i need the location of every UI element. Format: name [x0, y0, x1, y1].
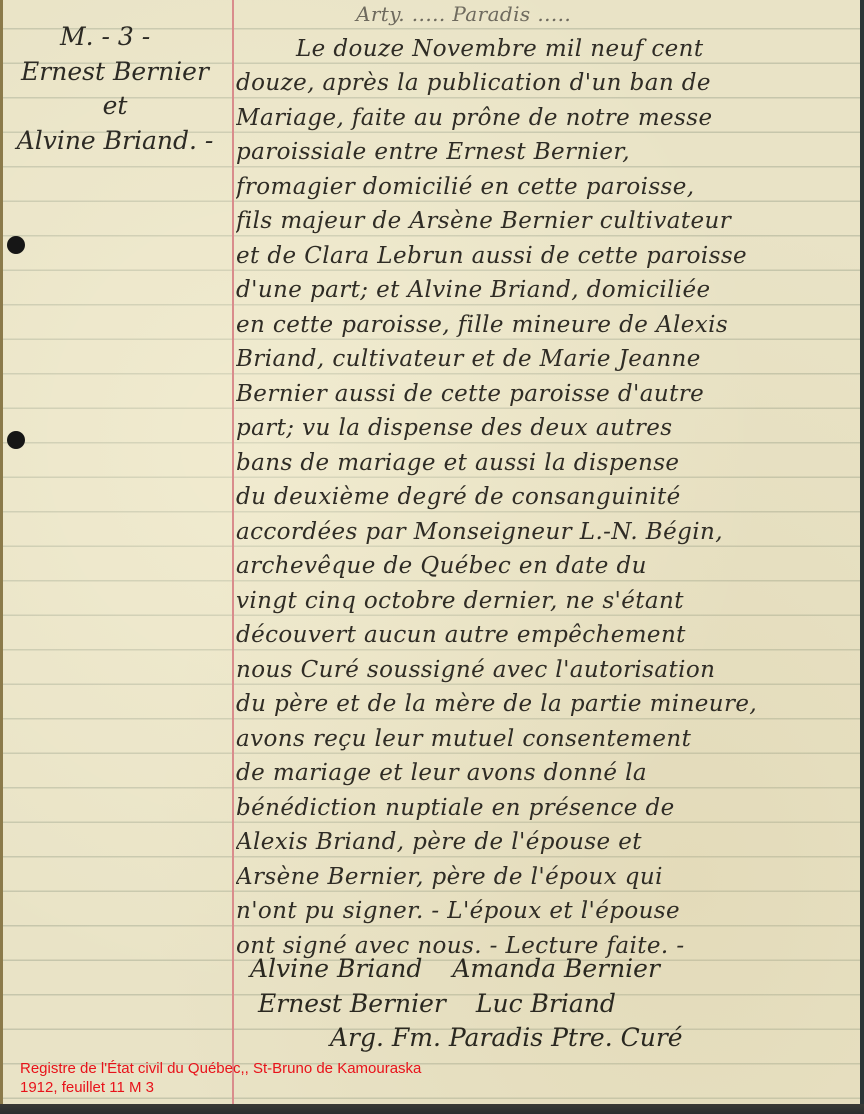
- red-margin-rule: [232, 0, 234, 1104]
- body-line: de mariage et leur avons donné la: [236, 756, 852, 791]
- body-line: paroissiale entre Ernest Bernier,: [236, 135, 852, 170]
- body-line: avons reçu leur mutuel consentement: [236, 722, 852, 757]
- body-line: d'une part; et Alvine Briand, domiciliée: [236, 273, 852, 308]
- page-left-edge: [0, 0, 3, 1104]
- body-line: nous Curé soussigné avec l'autorisation: [236, 653, 852, 688]
- body-line: en cette paroisse, fille mineure de Alex…: [236, 308, 852, 343]
- binder-hole-icon: [7, 431, 25, 449]
- body-line: fils majeur de Arsène Bernier cultivateu…: [236, 204, 852, 239]
- entry-body: Arty. ..... Paradis ..... Le douze Novem…: [236, 0, 852, 963]
- groom-name: Ernest Bernier: [0, 55, 230, 90]
- body-line: découvert aucun autre empêchement: [236, 618, 852, 653]
- body-line: n'ont pu signer. - L'époux et l'épouse: [236, 894, 852, 929]
- body-line: du père et de la mère de la partie mineu…: [236, 687, 852, 722]
- body-line: Mariage, faite au prône de notre messe: [236, 101, 852, 136]
- signature-row: Alvine BriandAmanda Bernier: [250, 952, 850, 987]
- signature-row: Arg. Fm. Paradis Ptre. Curé: [250, 1021, 850, 1056]
- body-line: douze, après la publication d'un ban de: [236, 66, 852, 101]
- body-line: accordées par Monseigneur L.-N. Bégin,: [236, 515, 852, 550]
- entry-number: M. - 3 -: [0, 20, 230, 55]
- caption-line-1: Registre de l'État civil du Québec,, St-…: [20, 1059, 421, 1078]
- signature-bride: Alvine Briand: [250, 954, 422, 983]
- binder-hole-icon: [7, 236, 25, 254]
- body-line: du deuxième degré de consanguinité: [236, 480, 852, 515]
- page-right-edge: [860, 0, 864, 1114]
- body-line: Bernier aussi de cette paroisse d'autre: [236, 377, 852, 412]
- body-line: Arsène Bernier, père de l'époux qui: [236, 860, 852, 895]
- body-line: bénédiction nuptiale en présence de: [236, 791, 852, 826]
- signatures-block: Alvine BriandAmanda Bernier Ernest Berni…: [250, 952, 850, 1056]
- body-line: archevêque de Québec en date du: [236, 549, 852, 584]
- body-line: bans de mariage et aussi la dispense: [236, 446, 852, 481]
- margin-note: M. - 3 - Ernest Bernier et Alvine Briand…: [0, 20, 230, 158]
- conjunction: et: [0, 89, 230, 124]
- register-page: M. - 3 - Ernest Bernier et Alvine Briand…: [0, 0, 860, 1104]
- body-line: fromagier domicilié en cette paroisse,: [236, 170, 852, 205]
- bride-name: Alvine Briand. -: [0, 124, 230, 159]
- body-line: Briand, cultivateur et de Marie Jeanne: [236, 342, 852, 377]
- body-line: et de Clara Lebrun aussi de cette parois…: [236, 239, 852, 274]
- caption-line-2: 1912, feuillet 11 M 3: [20, 1078, 421, 1097]
- signature-witness: Luc Briand: [476, 989, 616, 1018]
- signature-witness: Amanda Bernier: [452, 954, 660, 983]
- body-line: vingt cinq octobre dernier, ne s'étant: [236, 584, 852, 619]
- signature-row: Ernest BernierLuc Briand: [250, 987, 850, 1022]
- signature-priest: Arg. Fm. Paradis Ptre. Curé: [330, 1023, 683, 1052]
- body-line: Alexis Briand, père de l'épouse et: [236, 825, 852, 860]
- body-line: part; vu la dispense des deux autres: [236, 411, 852, 446]
- page-bottom-edge: [0, 1104, 864, 1114]
- header-fragment: Arty. ..... Paradis .....: [236, 0, 852, 32]
- signature-groom: Ernest Bernier: [258, 989, 446, 1018]
- source-caption: Registre de l'État civil du Québec,, St-…: [20, 1059, 421, 1097]
- body-line: Le douze Novembre mil neuf cent: [236, 32, 852, 67]
